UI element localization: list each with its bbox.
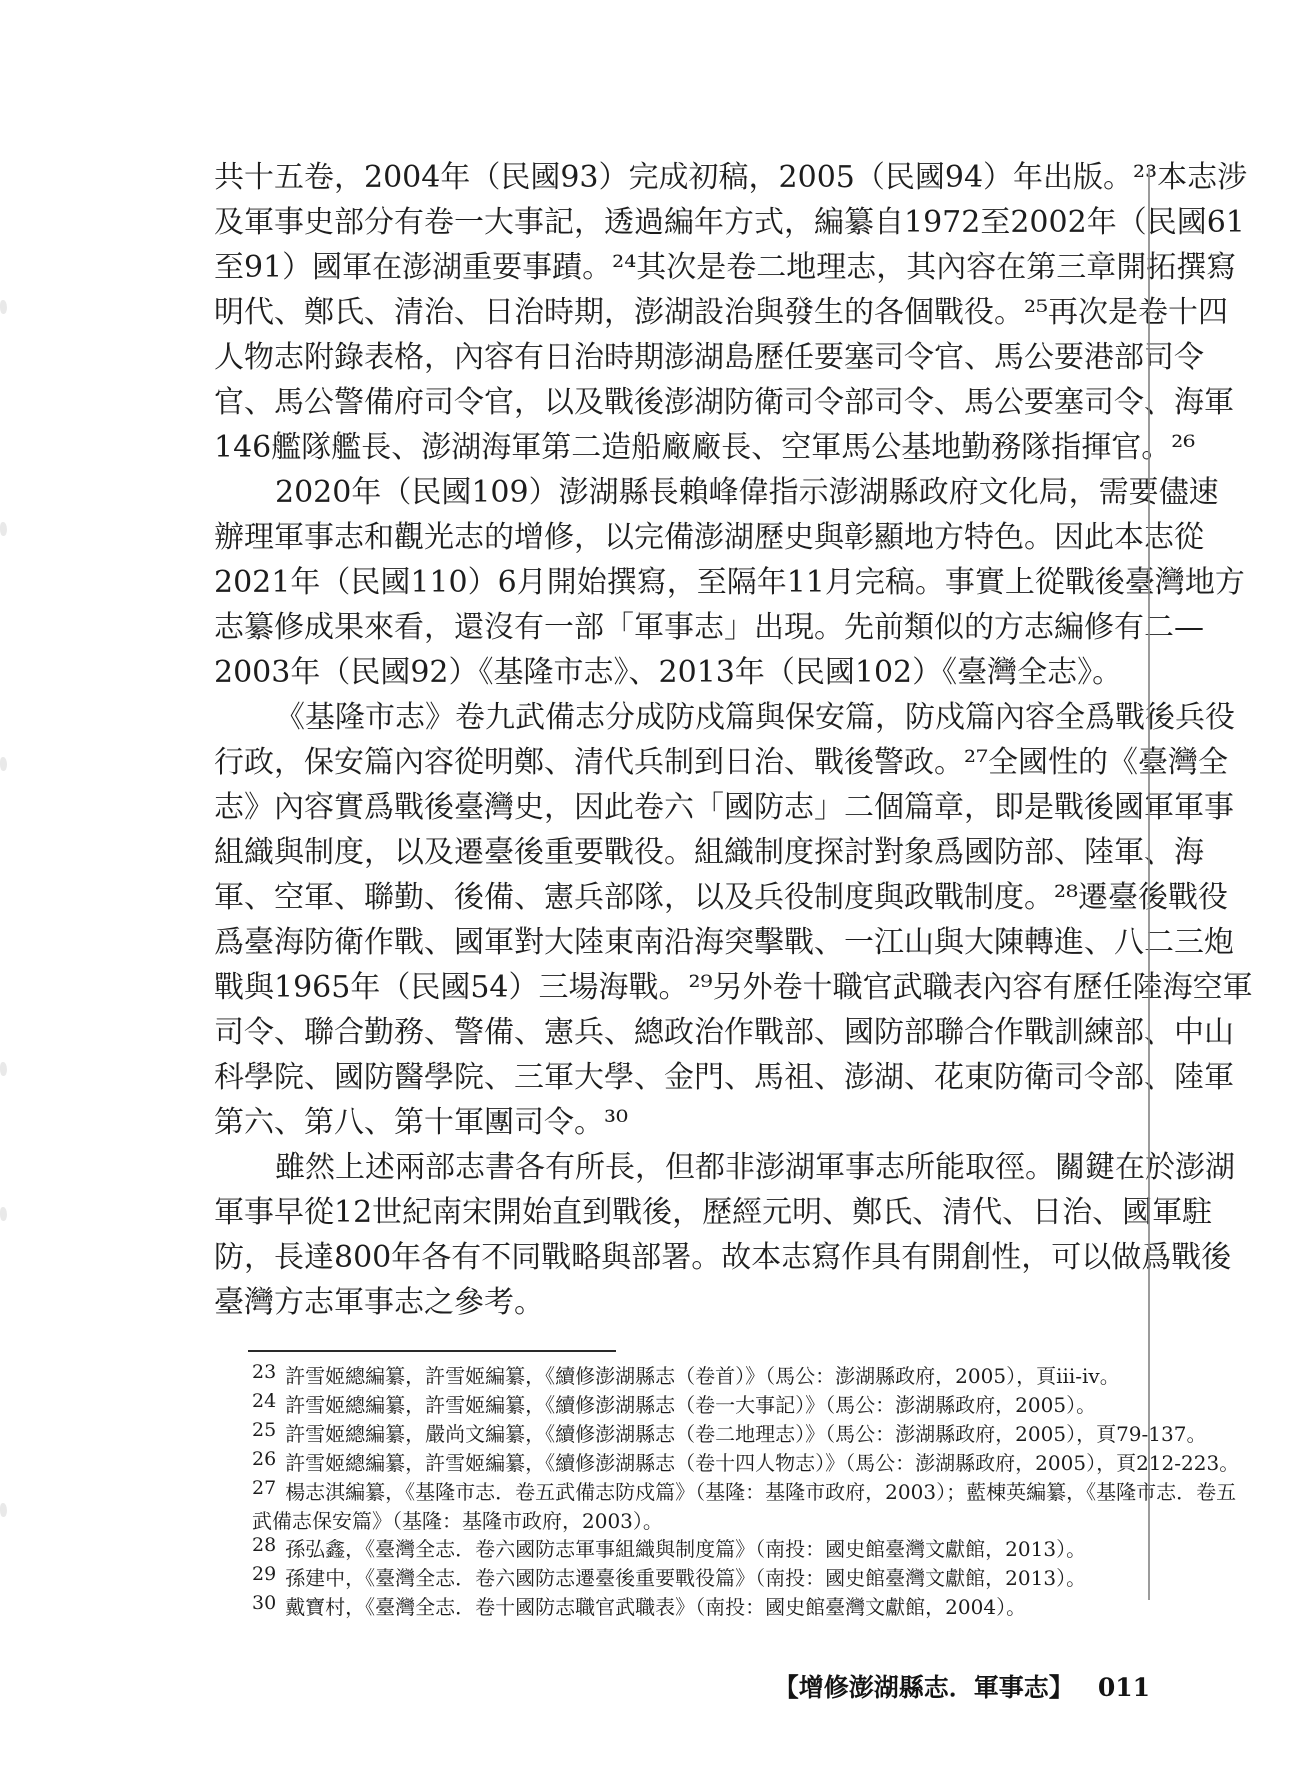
booklet-title: 【增修澎湖縣志．軍事志】	[774, 1668, 1074, 1704]
scan-smudge	[0, 300, 7, 314]
footnote: 30戴寶村，《臺灣全志．卷十國防志職官武職表》（南投：國史館臺灣文獻館，2004…	[252, 1593, 1142, 1622]
footnote-first-line: 26許雪姬總編纂，許雪姬編纂，《續修澎湖縣志（卷十四人物志）》（馬公：澎湖縣政府…	[252, 1449, 1142, 1478]
footnote-text: 武備志保安篇》（基隆：基隆市政府，2003）。	[252, 1509, 663, 1533]
scan-smudge	[0, 1207, 7, 1221]
footnotes-section: 23許雪姬總編纂，許雪姬編纂，《續修澎湖縣志（卷首）》（馬公：澎湖縣政府，200…	[252, 1362, 1142, 1622]
paragraph: 2020年（民國109）澎湖縣長賴峰偉指示澎湖縣政府文化局，需要儘速辦理軍事志和…	[214, 470, 1134, 695]
text-line: 官、馬公警備府司令官，以及戰後澎湖防衛司令部司令、馬公要塞司令、海軍	[214, 380, 1134, 425]
scan-smudge	[0, 757, 7, 771]
text-line: 臺灣方志軍事志之參考。	[214, 1280, 1134, 1325]
text-line: 軍事早從12世紀南宋開始直到戰後，歷經元明、鄭氏、清代、日治、國軍駐	[214, 1190, 1134, 1235]
footnote-number: 23	[252, 1358, 276, 1386]
footnote: 24許雪姬總編纂，許雪姬編纂，《續修澎湖縣志（卷一大事記）》（馬公：澎湖縣政府，…	[252, 1391, 1142, 1420]
text-line: 防，長達800年各有不同戰略與部署。故本志寫作具有開創性，可以做爲戰後	[214, 1235, 1134, 1280]
footnote-text: 孫弘鑫，《臺灣全志．卷六國防志軍事組織與制度篇》（南投：國史館臺灣文獻館，201…	[285, 1537, 1086, 1561]
scan-artifact-line	[1148, 168, 1150, 1600]
text-line: 2021年（民國110）6月開始撰寫，至隔年11月完稿。事實上從戰後臺灣地方	[214, 560, 1134, 605]
text-line: 146艦隊艦長、澎湖海軍第二造船廠廠長、空軍馬公基地勤務隊指揮官。²⁶	[214, 425, 1134, 470]
footnote-first-line: 25許雪姬總編纂，嚴尚文編纂，《續修澎湖縣志（卷二地理志）》（馬公：澎湖縣政府，…	[252, 1420, 1142, 1449]
footnote-first-line: 24許雪姬總編纂，許雪姬編纂，《續修澎湖縣志（卷一大事記）》（馬公：澎湖縣政府，…	[252, 1391, 1142, 1420]
footnote: 23許雪姬總編纂，許雪姬編纂，《續修澎湖縣志（卷首）》（馬公：澎湖縣政府，200…	[252, 1362, 1142, 1391]
footnote-number: 24	[252, 1387, 276, 1415]
paragraph: 《基隆市志》卷九武備志分成防戍篇與保安篇，防戍篇內容全爲戰後兵役行政，保安篇內容…	[214, 695, 1134, 1145]
footnote-text: 許雪姬總編纂，嚴尚文編纂，《續修澎湖縣志（卷二地理志）》（馬公：澎湖縣政府，20…	[285, 1422, 1206, 1446]
footnote-number: 30	[252, 1589, 276, 1617]
footnote-first-line: 23許雪姬總編纂，許雪姬編纂，《續修澎湖縣志（卷首）》（馬公：澎湖縣政府，200…	[252, 1362, 1142, 1391]
text-line: 組織與制度，以及遷臺後重要戰役。組織制度探討對象爲國防部、陸軍、海	[214, 830, 1134, 875]
text-line: 人物志附錄表格，內容有日治時期澎湖島歷任要塞司令官、馬公要港部司令	[214, 335, 1134, 380]
text-line: 《基隆市志》卷九武備志分成防戍篇與保安篇，防戍篇內容全爲戰後兵役	[214, 695, 1134, 740]
text-line: 司令、聯合勤務、警備、憲兵、總政治作戰部、國防部聯合作戰訓練部、中山	[214, 1010, 1134, 1055]
footnote-first-line: 27楊志淇編纂，《基隆市志．卷五武備志防戍篇》（基隆：基隆市政府，2003）；藍…	[252, 1478, 1142, 1507]
text-line: 至91）國軍在澎湖重要事蹟。²⁴其次是卷二地理志，其內容在第三章開拓撰寫	[214, 245, 1134, 290]
body-text: 共十五卷，2004年（民國93）完成初稿，2005（民國94）年出版。²³本志涉…	[214, 155, 1134, 1325]
footnote-text: 楊志淇編纂，《基隆市志．卷五武備志防戍篇》（基隆：基隆市政府，2003）；藍棟英…	[285, 1480, 1236, 1504]
footnote-text: 戴寶村，《臺灣全志．卷十國防志職官武職表》（南投：國史館臺灣文獻館，2004）。	[285, 1595, 1026, 1619]
text-line: 共十五卷，2004年（民國93）完成初稿，2005（民國94）年出版。²³本志涉	[214, 155, 1134, 200]
footnote-number: 26	[252, 1445, 276, 1473]
text-line: 志》內容實爲戰後臺灣史，因此卷六「國防志」二個篇章，即是戰後國軍軍事	[214, 785, 1134, 830]
text-line: 爲臺海防衛作戰、國軍對大陸東南沿海突擊戰、一江山與大陳轉進、八二三炮	[214, 920, 1134, 965]
footnote: 28孫弘鑫，《臺灣全志．卷六國防志軍事組織與制度篇》（南投：國史館臺灣文獻館，2…	[252, 1535, 1142, 1564]
footnote-number: 27	[252, 1474, 276, 1502]
footnote: 26許雪姬總編纂，許雪姬編纂，《續修澎湖縣志（卷十四人物志）》（馬公：澎湖縣政府…	[252, 1449, 1142, 1478]
footnote-separator-rule	[248, 1350, 616, 1352]
text-line: 行政，保安篇內容從明鄭、清代兵制到日治、戰後警政。²⁷全國性的《臺灣全	[214, 740, 1134, 785]
footnote: 25許雪姬總編纂，嚴尚文編纂，《續修澎湖縣志（卷二地理志）》（馬公：澎湖縣政府，…	[252, 1420, 1142, 1449]
text-line: 2003年（民國92）《基隆市志》、2013年（民國102）《臺灣全志》。	[214, 650, 1134, 695]
footnote-first-line: 30戴寶村，《臺灣全志．卷十國防志職官武職表》（南投：國史館臺灣文獻館，2004…	[252, 1593, 1142, 1622]
text-line: 第六、第八、第十軍團司令。³⁰	[214, 1100, 1134, 1145]
scan-smudge	[0, 1062, 7, 1076]
text-line: 志纂修成果來看，還沒有一部「軍事志」出現。先前類似的方志編修有二—	[214, 605, 1134, 650]
footnote-continuation-line: 武備志保安篇》（基隆：基隆市政府，2003）。	[252, 1507, 1142, 1535]
footnote-first-line: 29孫建中，《臺灣全志．卷六國防志遷臺後重要戰役篇》（南投：國史館臺灣文獻館，2…	[252, 1564, 1142, 1593]
text-line: 科學院、國防醫學院、三軍大學、金門、馬祖、澎湖、花東防衛司令部、陸軍	[214, 1055, 1134, 1100]
document-page: 共十五卷，2004年（民國93）完成初稿，2005（民國94）年出版。²³本志涉…	[0, 0, 1300, 1778]
text-line: 2020年（民國109）澎湖縣長賴峰偉指示澎湖縣政府文化局，需要儘速	[214, 470, 1134, 515]
text-line: 軍、空軍、聯勤、後備、憲兵部隊，以及兵役制度與政戰制度。²⁸遷臺後戰役	[214, 875, 1134, 920]
text-line: 及軍事史部分有卷一大事記，透過編年方式，編纂自1972至2002年（民國61	[214, 200, 1134, 245]
paragraph: 共十五卷，2004年（民國93）完成初稿，2005（民國94）年出版。²³本志涉…	[214, 155, 1134, 470]
scan-smudge	[0, 522, 7, 536]
scan-smudge	[0, 1503, 7, 1517]
footnote-text: 許雪姬總編纂，許雪姬編纂，《續修澎湖縣志（卷一大事記）》（馬公：澎湖縣政府，20…	[285, 1393, 1096, 1417]
footnote-text: 許雪姬總編纂，許雪姬編纂，《續修澎湖縣志（卷十四人物志）》（馬公：澎湖縣政府，2…	[285, 1451, 1239, 1475]
paragraph: 雖然上述兩部志書各有所長，但都非澎湖軍事志所能取徑。關鍵在於澎湖軍事早從12世紀…	[214, 1145, 1134, 1325]
text-line: 明代、鄭氏、清治、日治時期，澎湖設治與發生的各個戰役。²⁵再次是卷十四	[214, 290, 1134, 335]
footnote-number: 28	[252, 1531, 276, 1559]
footnote-text: 許雪姬總編纂，許雪姬編纂，《續修澎湖縣志（卷首）》（馬公：澎湖縣政府，2005）…	[285, 1364, 1120, 1388]
text-line: 雖然上述兩部志書各有所長，但都非澎湖軍事志所能取徑。關鍵在於澎湖	[214, 1145, 1134, 1190]
footnote-number: 25	[252, 1416, 276, 1444]
footnote-first-line: 28孫弘鑫，《臺灣全志．卷六國防志軍事組織與制度篇》（南投：國史館臺灣文獻館，2…	[252, 1535, 1142, 1564]
footnote-text: 孫建中，《臺灣全志．卷六國防志遷臺後重要戰役篇》（南投：國史館臺灣文獻館，201…	[285, 1566, 1086, 1590]
footnote: 29孫建中，《臺灣全志．卷六國防志遷臺後重要戰役篇》（南投：國史館臺灣文獻館，2…	[252, 1564, 1142, 1593]
footnote: 27楊志淇編纂，《基隆市志．卷五武備志防戍篇》（基隆：基隆市政府，2003）；藍…	[252, 1478, 1142, 1535]
text-line: 戰與1965年（民國54）三場海戰。²⁹另外卷十職官武職表內容有歷任陸海空軍	[214, 965, 1134, 1010]
page-number: 011	[1098, 1673, 1150, 1702]
page-footer: 【增修澎湖縣志．軍事志】 011	[774, 1668, 1150, 1704]
footnote-number: 29	[252, 1560, 276, 1588]
text-line: 辦理軍事志和觀光志的增修，以完備澎湖歷史與彰顯地方特色。因此本志從	[214, 515, 1134, 560]
